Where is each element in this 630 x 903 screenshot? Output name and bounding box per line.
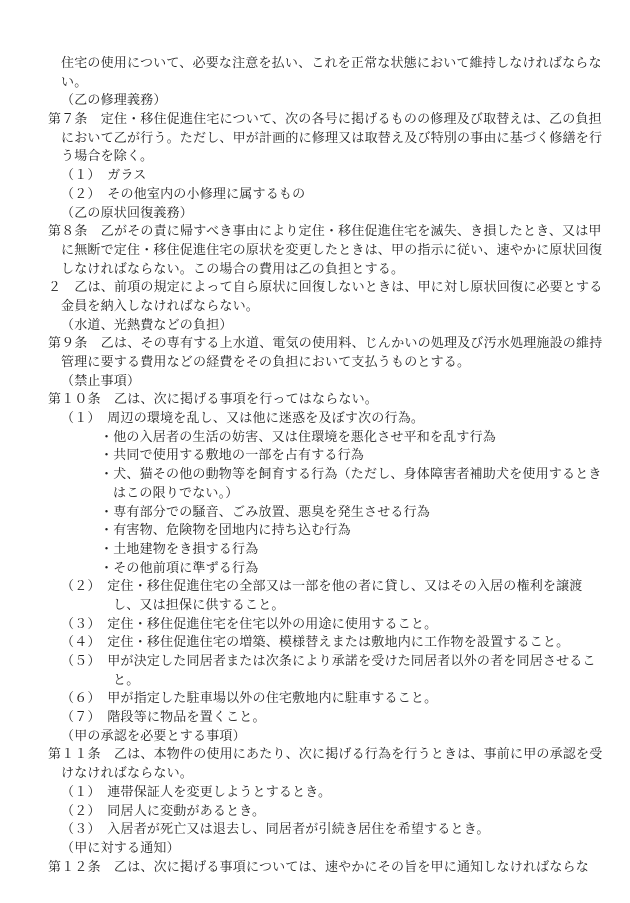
document-line: （２） その他室内の小修理に属するもの (0, 185, 630, 204)
document-line: 管理に要する費用などの経費をその負担において支払うものとする。 (0, 353, 630, 372)
document-line: ・他の入居者の生活の妨害、又は住環境を悪化させ平和を乱す行為 (0, 428, 630, 447)
document-line: （甲の承認を必要とする事項） (0, 727, 630, 746)
contract-page: 住宅の使用について、必要な注意を払い、これを正常な状態において維持しなければなら… (0, 0, 630, 903)
document-line: けなければならない。 (0, 764, 630, 783)
document-line: において乙が行う。ただし、甲が計画的に修理又は取替え及び特別の事由に基づく修繕を… (0, 129, 630, 148)
document-line: 第８条 乙がその責に帰すべき事由により定住・移住促進住宅を滅失、き損したとき、又… (0, 222, 630, 241)
document-line: （禁止事項） (0, 372, 630, 391)
document-line: （２） 定住・移住促進住宅の全部又は一部を他の者に貸し、又はその入居の権利を譲渡 (0, 577, 630, 596)
document-line: 第９条 乙は、その専有する上水道、電気の使用料、じんかいの処理及び汚水処理施設の… (0, 334, 630, 353)
document-line: 金員を納入しなければならない。 (0, 297, 630, 316)
contract-text-block: 住宅の使用について、必要な注意を払い、これを正常な状態において維持しなければなら… (0, 54, 630, 876)
document-line: 第１１条 乙は、本物件の使用にあたり、次に掲げる行為を行うときは、事前に甲の承認… (0, 745, 630, 764)
document-line: （３） 定住・移住促進住宅を住宅以外の用途に使用すること。 (0, 615, 630, 634)
document-line: （２） 同居人に変動があるとき。 (0, 802, 630, 821)
document-line: （１） 連帯保証人を変更しようとするとき。 (0, 783, 630, 802)
document-line: 第１０条 乙は、次に掲げる事項を行ってはならない。 (0, 390, 630, 409)
document-line: はこの限りでない。） (0, 484, 630, 503)
document-line: 住宅の使用について、必要な注意を払い、これを正常な状態において維持しなければなら… (0, 54, 630, 73)
document-line: （６） 甲が指定した駐車場以外の住宅敷地内に駐車すること。 (0, 689, 630, 708)
document-line: （乙の修理義務） (0, 91, 630, 110)
document-line: （３） 入居者が死亡又は退去し、同居者が引続き居住を希望するとき。 (0, 820, 630, 839)
document-line: （５） 甲が決定した同居者または次条により承諾を受けた同居者以外の者を同居させる… (0, 652, 630, 671)
document-line: 第７条 定住・移住促進住宅について、次の各号に掲げるものの修理及び取替えは、乙の… (0, 110, 630, 129)
document-line: ・共同で使用する敷地の一部を占有する行為 (0, 446, 630, 465)
document-line: ・その他前項に準ずる行為 (0, 559, 630, 578)
document-line: （１） 周辺の環境を乱し、又は他に迷惑を及ぼす次の行為。 (0, 409, 630, 428)
document-line: 第１２条 乙は、次に掲げる事項については、速やかにその旨を甲に通知しなければなら… (0, 858, 630, 877)
document-line: （甲に対する通知） (0, 839, 630, 858)
document-line: し、又は担保に供すること。 (0, 596, 630, 615)
document-line: う場合を除く。 (0, 147, 630, 166)
document-line: しなければならない。この場合の費用は乙の負担とする。 (0, 260, 630, 279)
document-line: ２ 乙は、前項の規定によって自ら原状に回復しないときは、甲に対し原状回復に必要と… (0, 278, 630, 297)
document-line: （４） 定住・移住促進住宅の増築、模様替えまたは敷地内に工作物を設置すること。 (0, 633, 630, 652)
document-line: ・土地建物をき損する行為 (0, 540, 630, 559)
document-line: い。 (0, 73, 630, 92)
document-line: （水道、光熱費などの負担） (0, 316, 630, 335)
document-line: ・犬、猫その他の動物等を飼育する行為（ただし、身体障害者補助犬を使用するとき (0, 465, 630, 484)
document-line: （乙の原状回復義務） (0, 204, 630, 223)
document-line: と。 (0, 671, 630, 690)
document-line: （１） ガラス (0, 166, 630, 185)
document-line: （７） 階段等に物品を置くこと。 (0, 708, 630, 727)
document-line: ・専有部分での騒音、ごみ放置、悪臭を発生させる行為 (0, 503, 630, 522)
document-line: ・有害物、危険物を団地内に持ち込む行為 (0, 521, 630, 540)
document-line: に無断で定住・移住促進住宅の原状を変更したときは、甲の指示に従い、速やかに原状回… (0, 241, 630, 260)
